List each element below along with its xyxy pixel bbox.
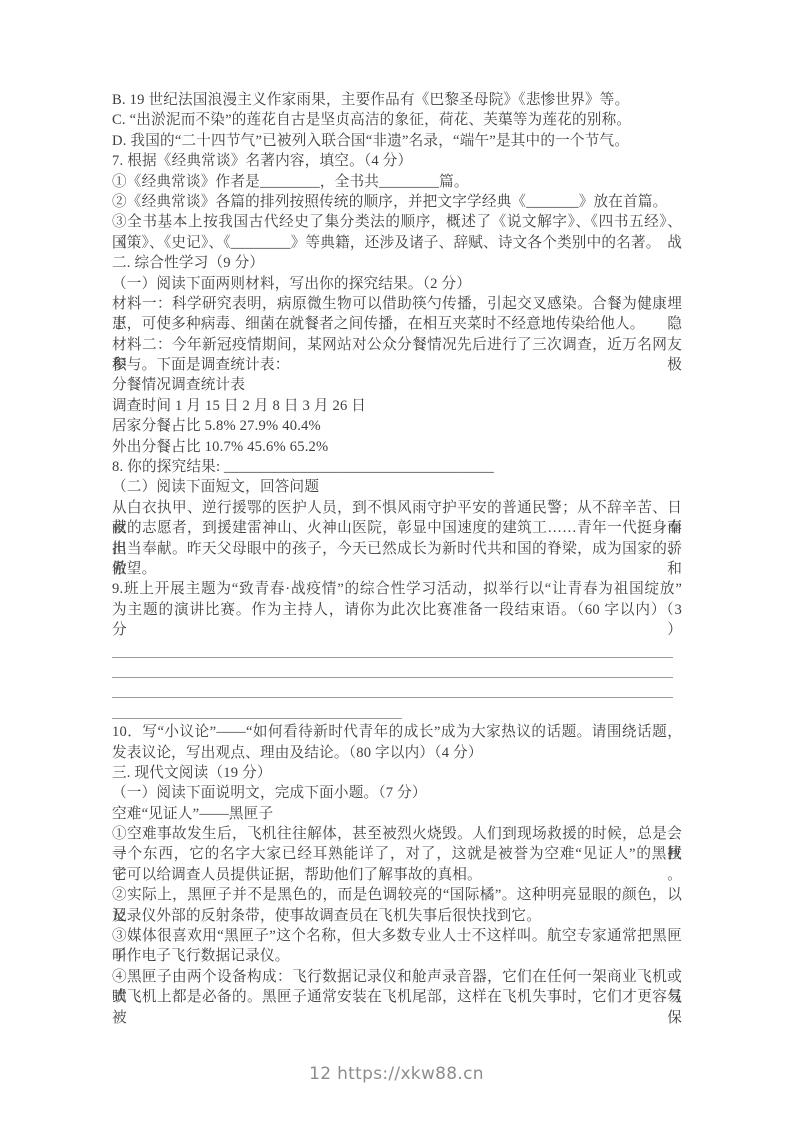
footer-url: https://xkw88.cn xyxy=(337,1064,484,1084)
answer-rule-line xyxy=(112,641,682,661)
doc-text-line: ②《经典常谈》各篇的排列按照传统的顺序，并把文字学经典《_______》放在首篇… xyxy=(112,192,682,212)
doc-text-line: 空难“见证人”——黑匣子 xyxy=(112,804,682,824)
doc-text-line: 叫作电子飞行数据记录仪。 xyxy=(112,946,682,966)
document-lines: B. 19 世纪法国浪漫主义作家雨果，主要作品有《巴黎圣母院》《悲惨世界》等。C… xyxy=(112,90,682,1008)
doc-text-line: 从白衣执甲、逆行援鄂的医护人员，到不惧风雨守护平安的普通民警；从不辞辛苦、日夜奉 xyxy=(112,498,682,518)
doc-text-line: 一个东西，它的名字大家已经耳熟能详了，对了，这就是被誉为空难“见证人”的黑匣子。 xyxy=(112,844,682,864)
doc-text-line: 材料一：科学研究表明，病原微生物可以借助筷勺传播，引起交叉感染。合餐为健康埋下隐 xyxy=(112,294,682,314)
doc-text-line: ④黑匣子由两个设备构成：飞行数据记录仪和舱声录音器，它们在任何一架商业飞机或喷气 xyxy=(112,967,682,987)
doc-text-line: 9.班上开展主题为“致青春·战疫情”的综合性学习活动，拟举行以“让青春为祖国绽放… xyxy=(112,579,682,599)
page-number: 12 xyxy=(309,1064,337,1084)
doc-text-line: 献的志愿者，到援建雷神山、火神山医院，彰显中国速度的建筑工……青年一代挺身而出、 xyxy=(112,518,682,538)
page-footer: 12 https://xkw88.cn xyxy=(0,1064,793,1084)
doc-text-line: （二）阅读下面短文，回答问题 xyxy=(112,477,682,497)
doc-text-line: 材料二：今年新冠疫情期间，某网站对公众分餐情况先后进行了三次调查，近万名网友积极 xyxy=(112,335,682,355)
doc-text-line: 分餐情况调查统计表 xyxy=(112,375,682,395)
doc-text-line: 患，可使多种病毒、细菌在就餐者之间传播，在相互夹菜时不经意地传染给他人。 xyxy=(112,314,682,334)
doc-text-line: C. “出淤泥而不染”的莲花自古是坚贞高洁的象征，荷花、芙蕖等为莲花的别称。 xyxy=(112,110,682,130)
doc-text-line: 式飞机上都是必备的。黑匣子通常安装在飞机尾部，这样在飞机失事时，它们才更容易被保 xyxy=(112,987,682,1007)
doc-text-line: B. 19 世纪法国浪漫主义作家雨果，主要作品有《巴黎圣母院》《悲惨世界》等。 xyxy=(112,90,682,110)
doc-text-line: （一）阅读下面说明文，完成下面小题。（7 分） xyxy=(112,783,682,803)
doc-text-line: 二. 综合性学习（9 分） xyxy=(112,253,682,273)
doc-text-line: 为主题的演讲比赛。作为主持人，请你为此次比赛准备一段结束语。（60 字以内）（3… xyxy=(112,600,682,620)
doc-text-line: 调查时间 1 月 15 日 2 月 8 日 3 月 26 日 xyxy=(112,396,682,416)
doc-text-line: 记录仪外部的反射条带，使事故调查员在飞机失事后很快找到它。 xyxy=(112,906,682,926)
doc-text-line: ①空难事故发生后，飞机往往解体，甚至被烈火烧毁。人们到现场救援的时候，总是会寻找 xyxy=(112,824,682,844)
doc-text-line: D. 我国的“二十四节气”已被列入联合国“非遗”名录，“端午”是其中的一个节气。 xyxy=(112,131,682,151)
doc-text-line: ②实际上，黑匣子并不是黑色的，而是色调较亮的“国际橘”。这种明亮显眼的颜色，以及 xyxy=(112,885,682,905)
answer-rule-line xyxy=(112,702,682,722)
answer-rule-line xyxy=(112,661,682,681)
doc-text-line: 担当奉献。昨天父母眼中的孩子，今天已然成长为新时代共和国的脊梁，成为国家的骄傲和 xyxy=(112,539,682,559)
answer-rule-line xyxy=(112,681,682,701)
doc-text-line: 10．写“小议论”——“如何看待新时代青年的成长”成为大家热议的话题。请围绕话题… xyxy=(112,722,682,742)
doc-text-line: 7. 根据《经典常谈》名著内容，填空。（4 分） xyxy=(112,151,682,171)
exam-page: B. 19 世纪法国浪漫主义作家雨果，主要作品有《巴黎圣母院》《悲惨世界》等。C… xyxy=(0,0,793,1122)
doc-text-line: 发表议论，写出观点、理由及结论。（80 字以内）（4 分） xyxy=(112,743,682,763)
doc-text-line: ③全书基本上按我国古代经史了集分类法的顺序，概述了《说文解字》、《四书五经》、《… xyxy=(112,212,682,232)
doc-text-line: 外出分餐占比 10.7% 45.6% 65.2% xyxy=(112,437,682,457)
doc-text-line: ③媒体很喜欢用“黑匣子”这个名称，但大多数专业人士不这样叫。航空专家通常把黑匣子 xyxy=(112,926,682,946)
doc-text-line: 国策》、《史记》、《________》等典籍，还涉及诸子、辞赋、诗文各个类别中的… xyxy=(112,233,682,253)
doc-text-line: 三. 现代文阅读（19 分） xyxy=(112,763,682,783)
doc-text-line: ①《经典常谈》作者是________，全书共________篇。 xyxy=(112,172,682,192)
doc-text-line: （一）阅读下面两则材料，写出你的探究结果。（2 分） xyxy=(112,274,682,294)
doc-text-line: 居家分餐占比 5.8% 27.9% 40.4% xyxy=(112,416,682,436)
doc-text-line: 8. 你的探究结果: _____________________________… xyxy=(112,457,682,477)
